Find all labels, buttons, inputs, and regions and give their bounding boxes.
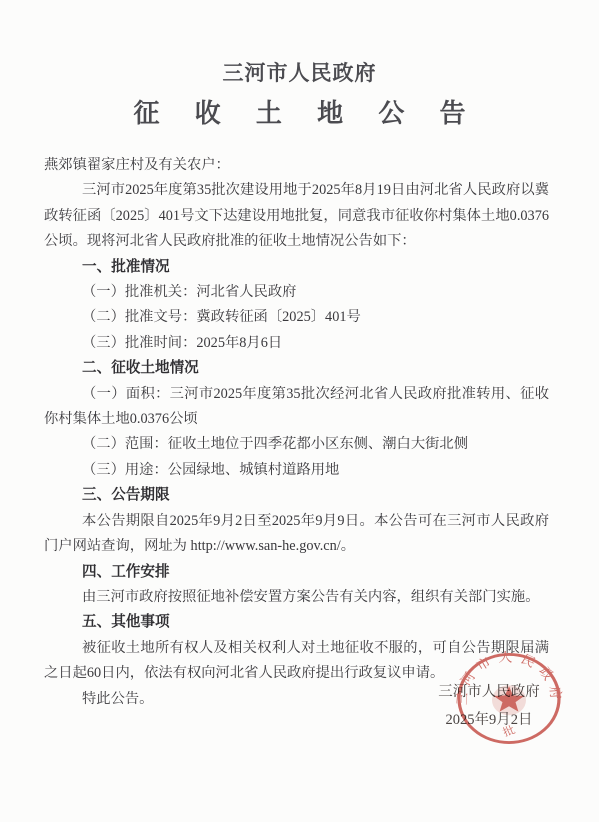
salutation-line: 燕郊镇翟家庄村及有关农户： xyxy=(44,153,549,178)
land-use-line: （三）用途：公园绿地、城镇村道路用地 xyxy=(44,458,549,483)
approval-authority-line: （一）批准机关：河北省人民政府 xyxy=(44,280,549,305)
section-heading-notice-period: 三、公告期限 xyxy=(44,483,549,508)
section-heading-land-acquisition: 二、征收土地情况 xyxy=(44,356,549,381)
approval-date-line: （三）批准时间：2025年8月6日 xyxy=(44,331,549,356)
section-heading-other-matters: 五、其他事项 xyxy=(44,610,549,635)
signature-issuer: 三河市人民政府 xyxy=(427,678,551,706)
signature-block: 三河市人民政府 2025年9月2日 xyxy=(427,678,551,734)
work-arrangement-paragraph: 由三河市政府按照征地补偿安置方案公告有关内容，组织有关部门实施。 xyxy=(44,585,549,610)
issuer-title: 三河市人民政府 xyxy=(0,57,599,87)
section-heading-work-arrangement: 四、工作安排 xyxy=(44,560,549,585)
section-heading-approval: 一、批准情况 xyxy=(44,255,549,280)
approval-document-number-line: （二）批准文号：冀政转征函〔2025〕401号 xyxy=(44,305,549,330)
land-area-line: （一）面积：三河市2025年度第35批次经河北省人民政府批准转用、征收你村集体土… xyxy=(44,382,549,433)
land-scope-line: （二）范围：征收土地位于四季花都小区东侧、潮白大街北侧 xyxy=(44,432,549,457)
document-body: 燕郊镇翟家庄村及有关农户： 三河市2025年度第35批次建设用地于2025年8月… xyxy=(44,153,549,712)
document-title: 征 收 土 地 公 告 xyxy=(0,93,599,130)
notice-period-paragraph: 本公告期限自2025年9月2日至2025年9月9日。本公告可在三河市人民政府门户… xyxy=(44,509,549,560)
document-page: 三河市人民政府 征 收 土 地 公 告 燕郊镇翟家庄村及有关农户： 三河市202… xyxy=(0,0,599,822)
signature-date: 2025年9月2日 xyxy=(427,706,551,734)
intro-paragraph: 三河市2025年度第35批次建设用地于2025年8月19日由河北省人民政府以冀政… xyxy=(44,178,549,254)
